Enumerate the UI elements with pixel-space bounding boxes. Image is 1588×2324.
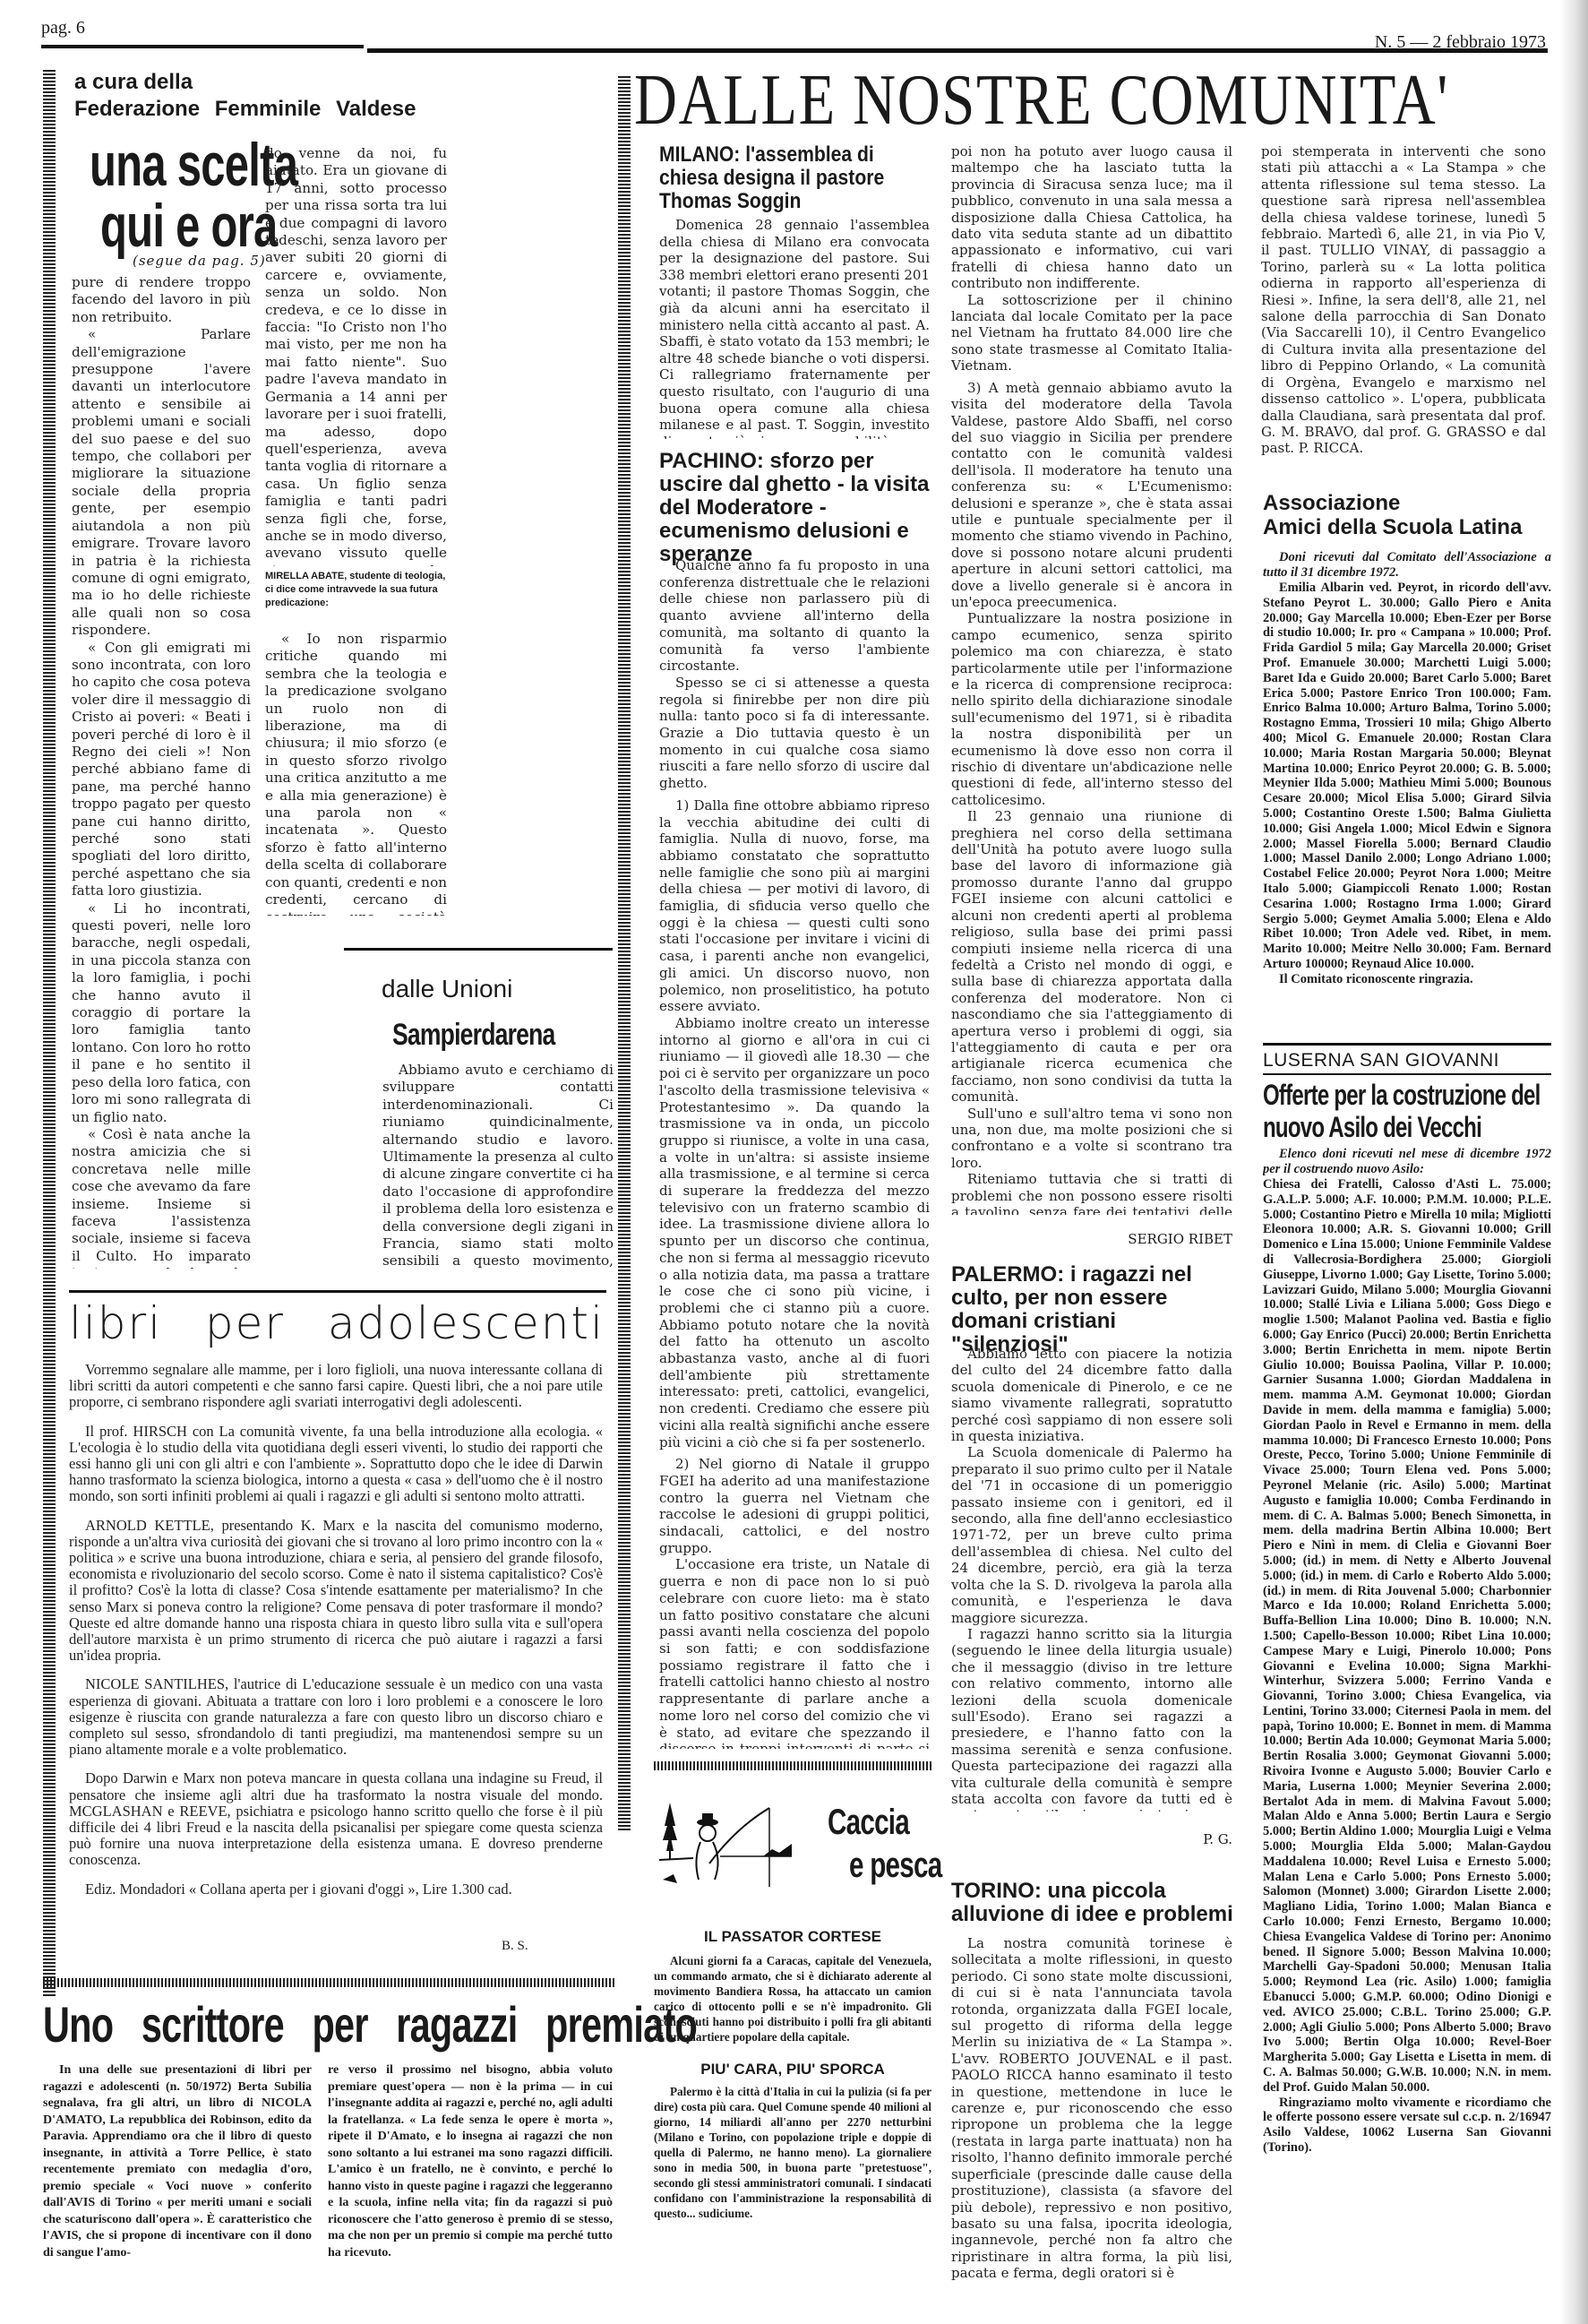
pachino-paragraph: Abbiamo inoltre creato un interesse into… [659,1015,930,1450]
pachino-paragraph: Sull'uno e sull'altro tema vi sono non u… [951,1106,1232,1172]
caccia-hatch-rule [654,1761,931,1770]
pachino-paragraph: La sottoscrizione per il chinino lanciat… [951,292,1232,374]
latina-headline-line2: Amici della Scuola Latina [1263,515,1522,540]
libri-paragraph: Vorremmo segnalare alle mamme, per i lor… [69,1362,603,1411]
ffv-paragraph: « Li ho incontrati, questi poveri, nelle… [72,900,251,1126]
latina-intro: Doni ricevuti dal Comitato dell'Associaz… [1263,550,1551,581]
libri-top-rule [69,1290,606,1293]
passator-body: Alcuni giorni fa a Caracas, capitale del… [654,1953,931,2048]
pachino-paragraph: poi non ha potuto aver luogo causa il ma… [951,143,1232,292]
sporca-headline: PIU' CARA, PIU' SPORCA [654,2061,931,2079]
libri-paragraph: Dopo Darwin e Marx non poteva mancare in… [69,1770,603,1868]
pachino-paragraph: 2) Nel giorno di Natale il gruppo FGEI h… [659,1456,930,1556]
page-edge-shadow [1560,0,1588,2324]
pachino-body-col2: poi non ha potuto aver luogo causa il ma… [951,143,1232,1215]
milano-headline: MILANO: l'assemblea di chiesa designa il… [659,143,927,213]
libri-paragraph: NICOLE SANTILHES, l'autrice di L'educazi… [69,1676,603,1758]
libri-paragraph: Ediz. Mondadori « Collana aperta per i g… [69,1881,603,1898]
latina-donations-text: Emilia Albarin ved. Peyrot, in ricordo d… [1263,581,1551,972]
palermo-headline: PALERMO: i ragazzi nel culto, per non es… [951,1263,1238,1356]
luserna-donations: Chiesa dei Fratelli, Calosso d'Asti L. 7… [1263,1177,1551,2261]
section-rule [344,948,613,951]
scrittore-paragraph: In una delle sue presentazioni di libri … [43,2062,312,2261]
scrittore-title: Uno scrittore per ragazzi premiato [43,2000,697,2050]
pachino-paragraph: Puntualizzare la nostra posizione in cam… [951,610,1232,808]
luserna-top-rule [1263,1043,1551,1046]
sporca-paragraph: Palermo è la città d'Italia in cui la pu… [654,2084,931,2221]
top-rule [41,45,364,48]
luserna-closing: Ringraziamo molto vivamente e ricordiamo… [1263,2096,1551,2156]
pachino-paragraph: Riteniamo tuttavia che si tratti di prob… [951,1171,1232,1215]
torino-headline: TORINO: una piccola alluvione di idee e … [951,1880,1238,1926]
page-number: pag. 6 [41,18,85,39]
ffv-paragraph: « Io non risparmio critiche quando mi se… [265,631,447,916]
ffv-kicker-line1: a cura della [74,70,193,95]
libri-body: Vorremmo segnalare alle mamme, per i lor… [69,1362,603,1935]
sporca-body: Palermo è la città d'Italia in cui la pu… [654,2084,931,2322]
pachino-paragraph: Qualche anno fa fu proposto in una confe… [659,557,930,675]
pachino-headline: PACHINO: sforzo per uscire dal ghetto - … [659,450,930,566]
passator-paragraph: Alcuni giorni fa a Caracas, capitale del… [654,1953,931,2044]
ffv-title-line2: qui e ora [100,195,278,256]
interview-intro: MIRELLA ABATE, studente di teologia, ci … [265,570,447,610]
ffv-paragraph: « Parlare dell'emigrazione presuppone l'… [72,326,251,639]
luserna-headline: Offerte per la costruzione del nuovo Asi… [1263,1079,1552,1143]
top-rule-right [367,48,1548,53]
ffv-paragraph: pure di rendere troppo facendo del lavor… [72,274,251,326]
pachino-paragraph: 3) A metà gennaio abbiamo avuto la visit… [951,380,1232,611]
palermo-paragraph: Abbiamo letto con piacere la notizia del… [951,1346,1232,1444]
ffv-paragraph: « Con gli emigrati mi sono incontrata, c… [72,640,251,900]
unioni-body: Abbiamo avuto e cerchiamo di sviluppare … [382,1062,614,1270]
luserna-donations-text: Chiesa dei Fratelli, Calosso d'Asti L. 7… [1263,1177,1551,2096]
palermo-paragraph: La Scuola domenicale di Palermo ha prepa… [951,1444,1232,1625]
unioni-title: Sampierdarena [392,1018,554,1053]
pachino-signature: SERGIO RIBET [1111,1231,1232,1247]
pachino-paragraph: 1) Dalla fine ottobre abbiamo ripreso la… [659,797,930,1015]
ffv-paragraph: do venne da noi, fu aiutato. Era un giov… [265,145,447,566]
pachino-paragraph: L'occasione era triste, un Natale di gue… [659,1556,930,1749]
luserna-kicker-rule [1263,1073,1551,1075]
latina-closing: Il Comitato riconoscente ringrazia. [1263,972,1551,987]
comunita-banner: DALLE NOSTRE COMUNITA' [634,61,1449,140]
pachino-paragraph: Il 23 gennaio una riunione di preghiera … [951,808,1232,1105]
palermo-paragraph: I ragazzi hanno scritto sia la liturgia … [951,1626,1232,1812]
scrittore-column-1: In una delle sue presentazioni di libri … [43,2062,312,2322]
ffv-column-1: pure di rendere troppo facendo del lavor… [72,274,251,1269]
horizontal-hatch-border [43,1978,616,1987]
pachino-paragraph: Spesso se ci si attenesse a questa regol… [659,675,930,792]
libri-paragraph: Il prof. HIRSCH con La comunità vivente,… [69,1424,603,1505]
unioni-kicker: dalle Unioni [382,975,512,1003]
mid-hatch-border [618,76,631,1832]
left-hatch-border [43,70,56,1996]
palermo-body: Abbiamo letto con piacere la notizia del… [951,1346,1232,1812]
continued-note: (segue da pag. 5) [133,253,266,269]
pachino-body-col1: Qualche anno fa fu proposto in una confe… [659,557,930,1749]
torino-body: La nostra comunità torinese è sollecitat… [951,1935,1232,2320]
scrittore-column-2: re verso il prossimo nel bisogno, abbia … [328,2062,613,2322]
latina-headline-line1: Associazione [1263,491,1400,516]
ffv-paragraph: « Così è nata anche la nostra amicizia c… [72,1126,251,1269]
passator-headline: IL PASSATOR CORTESE [654,1928,931,1946]
libri-signature: B. S. [502,1939,528,1954]
luserna-intro: Elenco doni ricevuti nel mese di dicembr… [1263,1147,1551,1177]
milano-body: Domenica 28 gennaio l'assemblea della ch… [659,217,930,439]
ffv-kicker-line2: Federazione Femminile Valdese [74,97,416,122]
fisherman-illustration-icon [657,1801,792,1887]
ffv-column-2b: « Io non risparmio critiche quando mi se… [265,631,447,916]
caccia-title-line2: e pesca [849,1846,941,1886]
caccia-title-line1: Caccia [828,1803,909,1843]
unioni-paragraph: Abbiamo avuto e cerchiamo di sviluppare … [382,1062,614,1270]
palermo-signature: P. G. [1146,1831,1232,1847]
torino-intro-body: poi stemperata in interventi che sono st… [1261,143,1546,491]
torino-paragraph: La nostra comunità torinese è sollecitat… [951,1935,1232,2282]
milano-paragraph: Domenica 28 gennaio l'assemblea della ch… [659,217,930,439]
luserna-kicker: LUSERNA SAN GIOVANNI [1263,1050,1499,1072]
libri-title: libri per adolescenti [69,1297,605,1349]
latina-donations: Emilia Albarin ved. Peyrot, in ricordo d… [1263,581,1551,1029]
libri-paragraph: ARNOLD KETTLE, presentando K. Marx e la … [69,1518,603,1665]
torino-intro-paragraph: poi stemperata in interventi che sono st… [1261,143,1546,457]
scrittore-paragraph: re verso il prossimo nel bisogno, abbia … [328,2062,613,2261]
ffv-column-2: do venne da noi, fu aiutato. Era un giov… [265,145,447,566]
